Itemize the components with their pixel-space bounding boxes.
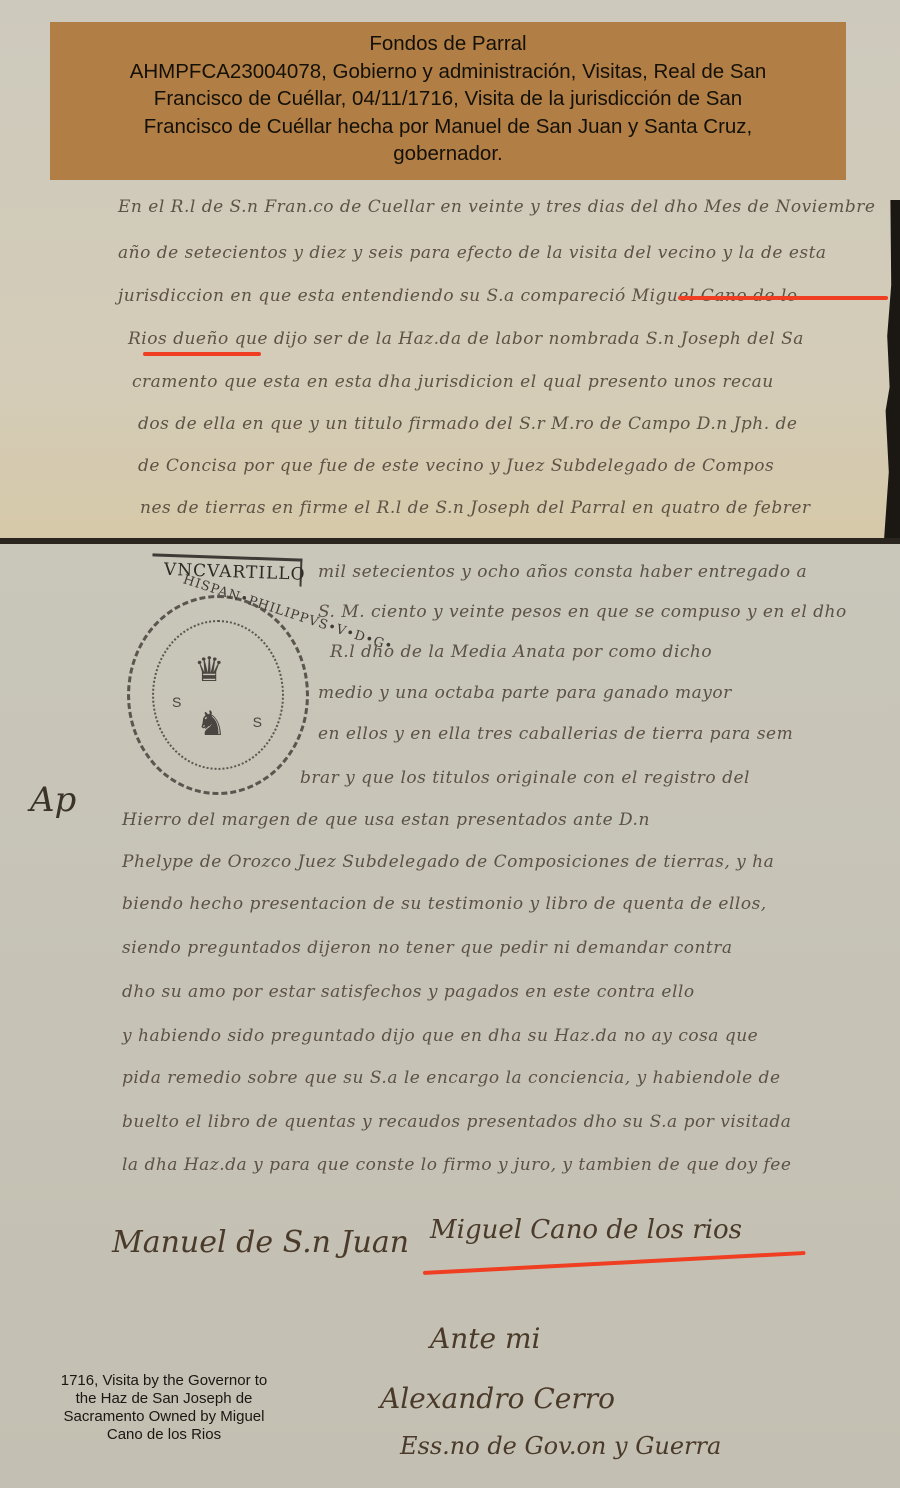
signature-escribano: Ess.no de Gov.on y Guerra: [400, 1432, 721, 1460]
highlight-underline-miguel-cano: [678, 296, 888, 300]
handwritten-line: biendo hecho presentacion de su testimon…: [122, 894, 767, 914]
seal-letter-icon: S: [253, 714, 262, 730]
handwritten-line: R.l dho de la Media Anata por como dicho: [330, 642, 712, 662]
handwritten-line: y habiendo sido preguntado dijo que en d…: [122, 1026, 758, 1046]
torn-page-edge: [884, 200, 900, 540]
header-line: Francisco de Cuéllar, 04/11/1716, Visita…: [62, 85, 834, 113]
handwritten-line: Phelype de Orozco Juez Subdelegado de Co…: [122, 852, 774, 872]
highlight-underline-rios: [143, 352, 261, 356]
seal-letter-icon: S: [172, 694, 181, 710]
caption-line: Cano de los Rios: [34, 1426, 294, 1444]
caption-line: Sacramento Owned by Miguel: [34, 1408, 294, 1426]
signature-governor: Manuel de S.n Juan: [112, 1225, 409, 1260]
handwritten-line: S. M. ciento y veinte pesos en que se co…: [318, 602, 847, 622]
handwritten-line: dos de ella en que y un titulo firmado d…: [138, 414, 797, 434]
handwritten-line: Hierro del margen de que usa estan prese…: [122, 810, 650, 830]
handwritten-line: En el R.l de S.n Fran.co de Cuellar en v…: [118, 197, 875, 217]
royal-seal: HISPAN•PHILIPPVS•V•D•G• ♛ ♞ S S: [127, 595, 309, 795]
handwritten-line: en ellos y en ella tres caballerias de t…: [318, 724, 793, 744]
handwritten-line: Rios dueño que dijo ser de la Haz.da de …: [128, 329, 804, 349]
handwritten-line: de Concisa por que fue de este vecino y …: [138, 456, 774, 476]
handwritten-line: buelto el libro de quentas y recaudos pr…: [122, 1112, 791, 1132]
handwritten-line: brar y que los titulos originale con el …: [300, 768, 750, 788]
header-line: gobernador.: [62, 140, 834, 168]
caption-line: the Haz de San Joseph de: [34, 1390, 294, 1408]
margin-note: Ap: [30, 780, 76, 820]
handwritten-line: medio y una octaba parte para ganado may…: [318, 683, 732, 703]
image-caption: 1716, Visita by the Governor to the Haz …: [34, 1372, 294, 1444]
header-line: AHMPFCA23004078, Gobierno y administraci…: [62, 58, 834, 86]
handwritten-line: la dha Haz.da y para que conste lo firmo…: [122, 1155, 791, 1175]
seal-inner-ring: ♛ ♞ S S: [152, 620, 284, 770]
handwritten-line: siendo preguntados dijeron no tener que …: [122, 938, 733, 958]
header-line: Francisco de Cuéllar hecha por Manuel de…: [62, 113, 834, 141]
signature-ante-mi: Ante mi: [430, 1322, 540, 1355]
handwritten-line: cramento que esta en esta dha jurisdicio…: [132, 372, 774, 392]
crown-icon: ♛: [194, 650, 224, 690]
archive-reference-label: Fondos de Parral AHMPFCA23004078, Gobier…: [50, 22, 846, 180]
lion-icon: ♞: [196, 704, 226, 744]
handwritten-line: nes de tierras en firme el R.l de S.n Jo…: [140, 498, 811, 518]
handwritten-line: pida remedio sobre que su S.a le encargo…: [122, 1068, 781, 1088]
handwritten-line: mil setecientos y ocho años consta haber…: [318, 562, 807, 582]
handwritten-line: dho su amo por estar satisfechos y pagad…: [122, 982, 695, 1002]
handwritten-line: año de setecientos y diez y seis para ef…: [118, 243, 827, 263]
header-line-title: Fondos de Parral: [62, 30, 834, 58]
signature-alexandro-cerro: Alexandro Cerro: [380, 1382, 615, 1415]
caption-line: 1716, Visita by the Governor to: [34, 1372, 294, 1390]
stamp-label: VNCVARTILLO: [152, 553, 303, 586]
signature-miguel-cano: Miguel Cano de los rios: [430, 1215, 742, 1245]
